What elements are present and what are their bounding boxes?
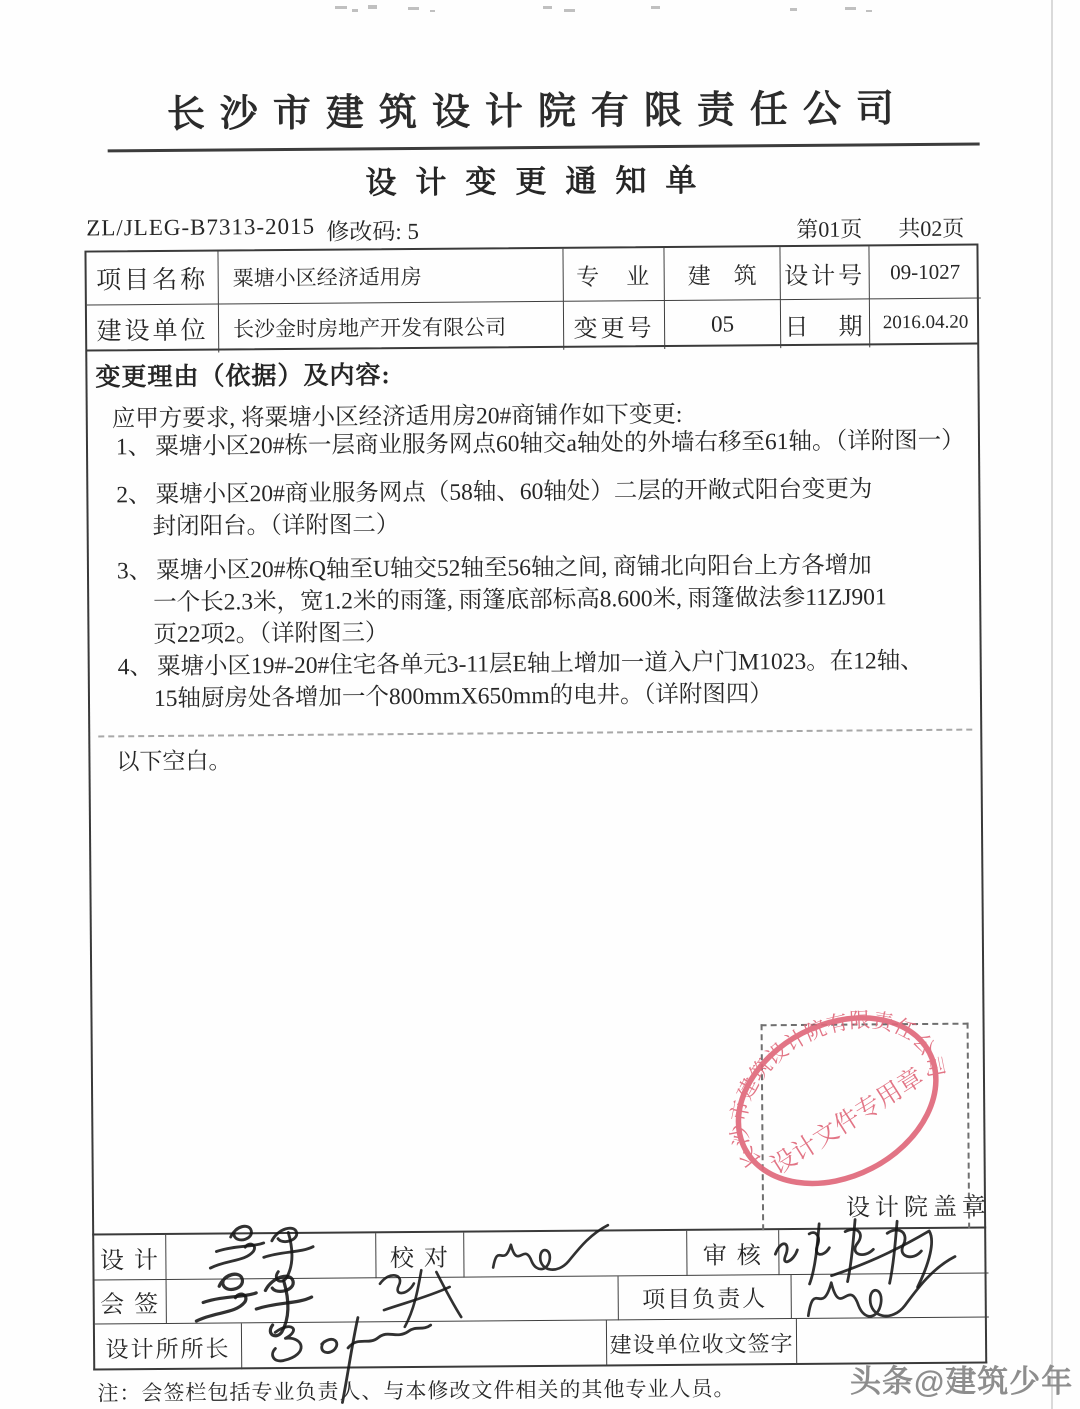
date-value: 2016.04.20 — [870, 299, 981, 348]
stamp-caption: 设计院盖章 — [846, 1186, 991, 1222]
company-title: 长沙市建筑设计院有限责任公司 — [83, 77, 977, 139]
header-rule — [108, 143, 980, 153]
design-no-value: 09-1027 — [869, 246, 980, 300]
design-signature-cell — [166, 1233, 376, 1280]
page-total: 共02页 — [898, 212, 964, 244]
revision-code: 修改码: 5 — [326, 213, 419, 247]
change-item-2: 2、粟塘小区20#商业服务网点（58轴、60轴处）二层的开敞式阳台变更为 封闭阳… — [116, 473, 872, 543]
check-signature-cell — [464, 1231, 687, 1278]
change-item-3: 3、粟塘小区20#栋Q轴至U轴交52轴至56轴之间, 商铺北向阳台上方各增加 一… — [117, 549, 887, 651]
review-signature-cell — [779, 1228, 988, 1275]
check-label: 校 对 — [376, 1233, 464, 1279]
item-marker: 3、 — [117, 558, 152, 584]
design-no-label: 设计号 — [780, 246, 869, 300]
change-reason-heading: 变更理由（依据）及内容: — [95, 355, 391, 393]
item-marker: 2、 — [116, 482, 151, 508]
change-item-line: 封闭阳台。（详附图二） — [117, 505, 873, 543]
signature-table: 设 计 校 对 审 核 会 签 项目负责人 设计所所长 建设单位收文签字 — [92, 1229, 987, 1371]
item-marker: 1、 — [116, 434, 151, 460]
item-text: 粟塘小区20#栋一层商业服务网点60轴交a轴处的外墙右移至61轴。（详附图一） — [155, 428, 965, 460]
document-title: 设计变更通知单 — [84, 153, 978, 205]
date-label: 日 期 — [781, 299, 870, 348]
review-label: 审 核 — [687, 1230, 779, 1276]
blank-below-note: 以下空白。 — [116, 742, 231, 776]
director-label: 设计所所长 — [95, 1323, 242, 1370]
signature-row-1: 设 计 校 对 审 核 — [94, 1229, 984, 1281]
change-item-1: 1、粟塘小区20#栋一层商业服务网点60轴交a轴处的外墙右移至61轴。（详附图一… — [116, 425, 965, 464]
change-item-line: 15轴厨房处各增加一个800mmX650mm的电井。（详附图四） — [118, 677, 924, 715]
director-signature-cell — [242, 1320, 607, 1369]
info-table: 项目名称 粟塘小区经济适用房 专 业 建 筑 设计号 09-1027 建设单位 … — [84, 244, 979, 352]
signature-row-2: 会 签 项目负责人 — [95, 1274, 985, 1325]
item-marker: 4、 — [118, 654, 153, 680]
specialty-value: 建 筑 — [664, 247, 780, 301]
item-text: 粟塘小区20#商业服务网点（58轴、60轴处）二层的开敞式阳台变更为 — [156, 476, 873, 508]
change-no-value: 05 — [665, 300, 781, 349]
project-leader-label: 项目负责人 — [619, 1275, 792, 1320]
change-item-line: 4、粟塘小区19#-20#住宅各单元3-11层E轴上增加一道入户门M1023。在… — [118, 645, 924, 683]
project-name-value: 粟塘小区经济适用房 — [218, 249, 563, 305]
scanned-design-change-notice: 长沙市建筑设计院有限责任公司 设计变更通知单 ZL/JLEG-B7313-201… — [0, 0, 1080, 1409]
change-item-line: 1、粟塘小区20#栋一层商业服务网点60轴交a轴处的外墙右移至61轴。（详附图一… — [116, 425, 965, 464]
builder-value: 长沙金时房地产开发有限公司 — [219, 302, 564, 353]
builder-label: 建设单位 — [87, 305, 219, 354]
receipt-label: 建设单位收文签字 — [607, 1319, 797, 1366]
countersign-label: 会 签 — [95, 1280, 167, 1325]
stamp-center-text: 设计文件专用章 — [766, 1063, 929, 1181]
document-code: ZL/JLEG-B7313-2015 — [86, 214, 315, 242]
change-no-label: 变更号 — [564, 301, 665, 350]
change-item-4: 4、粟塘小区19#-20#住宅各单元3-11层E轴上增加一道入户门M1023。在… — [118, 645, 925, 715]
watermark-text: 头条@建筑少年 — [850, 1356, 1073, 1401]
page-current: 第01页 — [796, 212, 862, 244]
svg-text:长沙市建筑设计院有限责任公司: 长沙市建筑设计院有限责任公司 — [722, 1007, 951, 1180]
design-label: 设 计 — [94, 1235, 166, 1281]
change-item-line: 2、粟塘小区20#商业服务网点（58轴、60轴处）二层的开敞式阳台变更为 — [116, 473, 872, 511]
specialty-label: 专 业 — [563, 248, 664, 302]
countersign-signature-cell — [167, 1276, 619, 1324]
document-sheet: 长沙市建筑设计院有限责任公司 设计变更通知单 ZL/JLEG-B7313-201… — [0, 0, 1080, 1409]
item-text: 粟塘小区19#-20#住宅各单元3-11层E轴上增加一道入户门M1023。在12… — [157, 648, 924, 680]
stamp-ring-text: 长沙市建筑设计院有限责任公司 — [722, 1007, 951, 1180]
change-item-line: 一个长2.3米，宽1.2米的雨篷, 雨篷底部标高8.600米, 雨篷做法参11Z… — [117, 581, 887, 619]
project-name-label: 项目名称 — [86, 252, 218, 306]
official-seal-stamp: 长沙市建筑设计院有限责任公司 设计文件专用章 — [722, 1007, 951, 1195]
footer-note: 注：会签栏包括专业负责人、与本修改文件相关的其他专业人员。 — [97, 1372, 735, 1407]
project-leader-signature-cell — [792, 1273, 989, 1319]
blank-area-divider — [98, 729, 972, 738]
item-text: 粟塘小区20#栋Q轴至U轴交52轴至56轴之间, 商铺北向阳台上方各增加 — [156, 552, 872, 584]
